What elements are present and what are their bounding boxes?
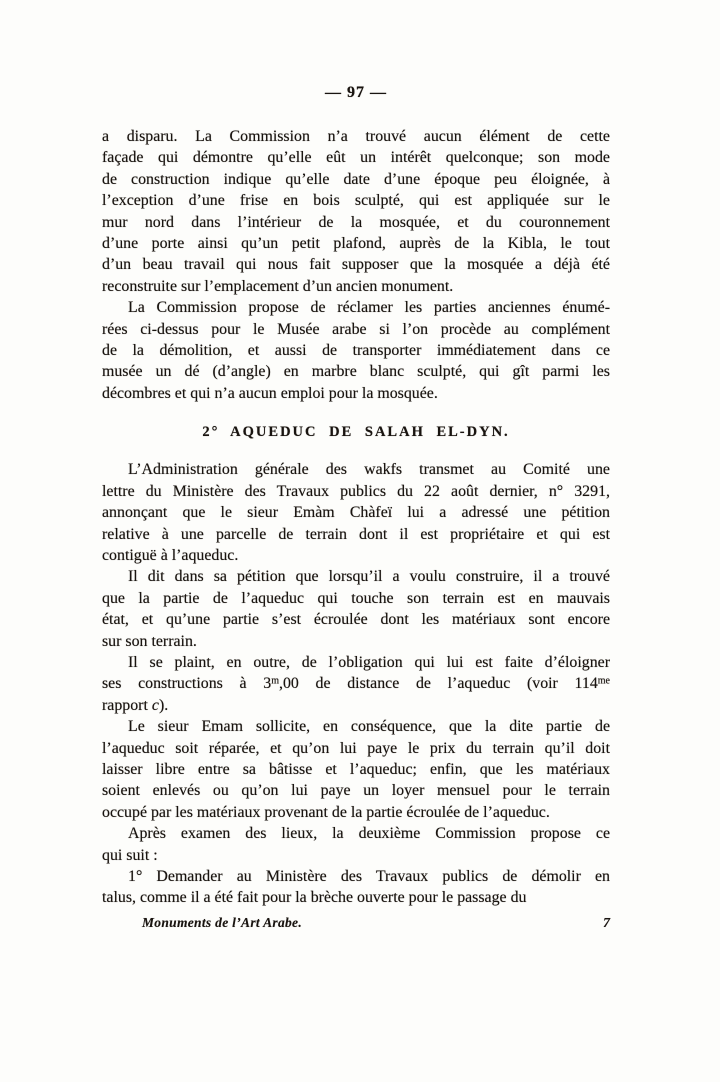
text-line: soient enlevés ou qu’on lui paye un loye… [102,780,610,801]
text-line: d’une porte ainsi qu’un petit plafond, a… [102,233,610,254]
text-line: lettre du Ministère des Travaux publics … [102,481,610,502]
text-segment: rapport [102,697,152,714]
text-line: d’un beau travail qui nous fait supposer… [102,254,610,275]
text-line: façade qui démontre qu’elle eût un intér… [102,147,610,168]
text-line: l’exception d’une frise en bois sculpté,… [102,190,610,211]
text-line: relative à une parcelle de terrain dont … [102,524,610,545]
text-line: a disparu. La Commission n’a trouvé aucu… [102,126,610,147]
text-line: musée un dé (d’angle) en marbre blanc sc… [102,361,610,382]
text-line: ses constructions à 3m,00 de distance de… [102,673,610,694]
text-segment-sup: m [271,676,279,687]
text-line: Le sieur Emam sollicite, en conséquence,… [102,716,610,737]
text-line: L’Administration générale des wakfs tran… [102,459,610,480]
paragraph: La Commission propose de réclamer les pa… [102,297,610,404]
text-line: annonçant que le sieur Emàm Chàfeï lui a… [102,502,610,523]
paragraph: a disparu. La Commission n’a trouvé aucu… [102,126,610,297]
text-line: rapport c). [102,695,610,716]
text-segment: ,00 de distance de l’aqueduc (voir 114 [279,675,598,692]
body-text: a disparu. La Commission n’a trouvé aucu… [102,126,610,909]
page-number-header: — 97 — [102,84,610,102]
page-footer: Monuments de l’Art Arabe. 7 [102,915,610,932]
text-line: Il se plaint, en outre, de l’obligation … [102,652,610,673]
text-line: mur nord dans l’intérieur de la mosquée,… [102,212,610,233]
text-line: reconstruite sur l’emplacement d’un anci… [102,276,610,297]
paragraph: Le sieur Emam sollicite, en conséquence,… [102,716,610,823]
paragraph: Après examen des lieux, la deuxième Comm… [102,823,610,866]
footer-signature-number: 7 [603,916,610,932]
text-line: La Commission propose de réclamer les pa… [102,297,610,318]
text-line: laisser libre entre sa bâtisse et l’aque… [102,759,610,780]
text-line: décombres et qui n’a aucun emploi pour l… [102,383,610,404]
text-line: que la partie de l’aqueduc qui touche so… [102,588,610,609]
text-line: l’aqueduc soit réparée, et qu’on lui pay… [102,738,610,759]
text-segment: ses constructions à 3 [102,675,271,692]
text-line: qui suit : [102,845,610,866]
text-line: état, et qu’une partie s’est écroulée do… [102,609,610,630]
text-line: Après examen des lieux, la deuxième Comm… [102,823,610,844]
text-line: Il dit dans sa pétition que lorsqu’il a … [102,566,610,587]
paragraph: Il se plaint, en outre, de l’obligation … [102,652,610,716]
text-line: contiguë à l’aqueduc. [102,545,610,566]
text-line: de la démolition, et aussi de transporte… [102,340,610,361]
footer-work-title: Monuments de l’Art Arabe. [102,915,302,931]
text-line: de construction indique qu’elle date d’u… [102,169,610,190]
text-segment: ). [159,697,168,714]
paragraph: Il dit dans sa pétition que lorsqu’il a … [102,566,610,652]
text-segment-sup: me [598,676,610,687]
text-line: talus, comme il a été fait pour la brèch… [102,887,610,908]
text-line: sur son terrain. [102,631,610,652]
text-segment-italic: c [152,697,159,714]
text-line: occupé par les matériaux provenant de la… [102,802,610,823]
text-line: 1° Demander au Ministère des Travaux pub… [102,866,610,887]
paragraph: L’Administration générale des wakfs tran… [102,459,610,566]
section-heading: 2° AQUEDUC DE SALAH EL-DYN. [102,422,610,443]
document-page: — 97 — a disparu. La Commission n’a trou… [0,0,720,1082]
text-line: rées ci-dessus pour le Musée arabe si l’… [102,319,610,340]
paragraph: 1° Demander au Ministère des Travaux pub… [102,866,610,909]
